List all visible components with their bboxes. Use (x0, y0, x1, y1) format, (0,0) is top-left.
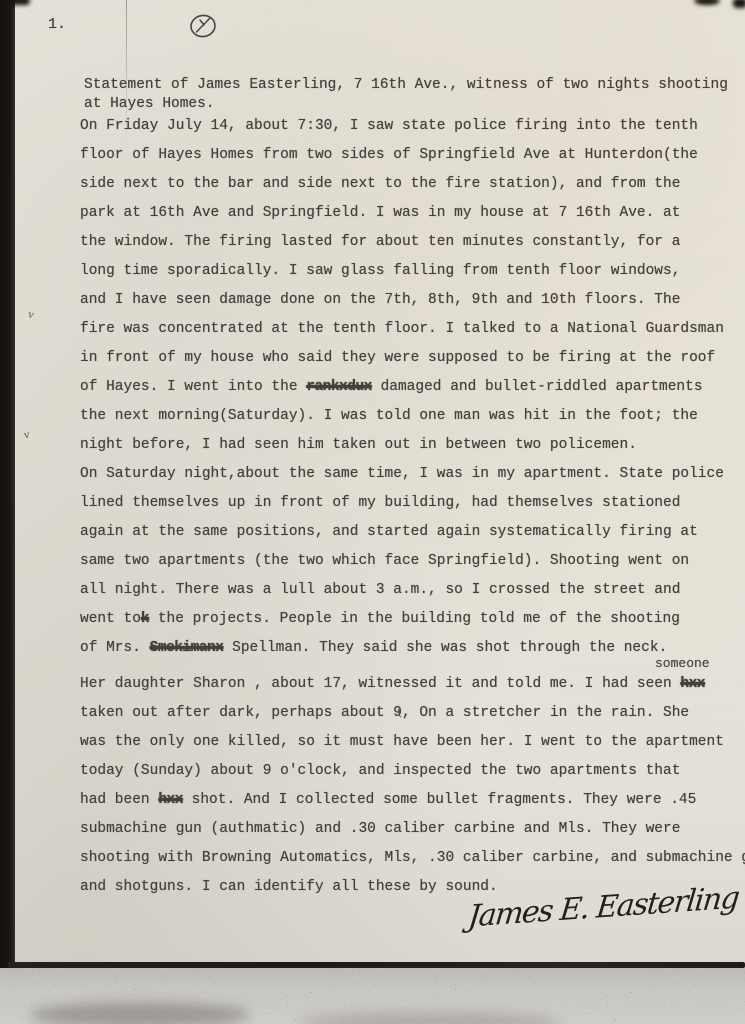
typed-line: Statement of James Easterling, 7 16th Av… (84, 76, 728, 95)
typed-line: lined themselves up in front of my build… (80, 489, 745, 518)
typed-line: of Mrs. Smekimanx Spellman. They said sh… (80, 634, 745, 663)
typed-line: side next to the bar and side next to th… (80, 170, 745, 199)
typed-line: submachine gun (authmatic) and .30 calib… (80, 815, 745, 844)
typed-line: in front of my house who said they were … (80, 344, 745, 373)
typed-line: was the only one killed, so it must have… (80, 728, 745, 757)
typed-line: the window. The firing lasted for about … (80, 228, 745, 257)
typed-line: Her daughter Sharon , about 17, witnesse… (80, 670, 745, 699)
typed-line: taken out after dark, perhaps about 9, O… (80, 699, 745, 728)
inserted-word: someone (655, 656, 710, 671)
struck-out-word: k (141, 611, 149, 627)
scan-smudge (0, 0, 30, 5)
typed-line: went tok the projects. People in the bui… (80, 605, 745, 634)
typed-line: fire was concentrated at the tenth floor… (80, 315, 745, 344)
struck-out-word: hxx (680, 676, 705, 692)
typed-line: On Saturday night,about the same time, I… (80, 460, 745, 489)
struck-out-word: rankxdux (306, 379, 372, 395)
scanned-document-page: 1. Statement of James Easterling, 7 16th… (0, 0, 745, 1024)
typed-line: same two apartments (the two which face … (80, 547, 745, 576)
typed-line: night before, I had seen him taken out i… (80, 431, 745, 460)
typed-line: again at the same positions, and started… (80, 518, 745, 547)
typed-line: shooting with Browning Automatics, Mls, … (80, 844, 745, 873)
typed-body: On Friday July 14, about 7:30, I saw sta… (80, 112, 745, 902)
struck-out-word: Smekimanx (150, 640, 224, 656)
scan-blotch (30, 1002, 250, 1024)
typed-line: of Hayes. I went into the rankxdux damag… (80, 373, 745, 402)
typed-line: had been hxx shot. And I collected some … (80, 786, 745, 815)
struck-out-word: hxx (158, 792, 183, 808)
typed-line: floor of Hayes Homes from two sides of S… (80, 141, 745, 170)
circled-pencil-mark-icon (188, 12, 218, 42)
statement-header: Statement of James Easterling, 7 16th Av… (84, 76, 728, 114)
scan-smudge (733, 0, 745, 8)
typed-line: park at 16th Ave and Springfield. I was … (80, 199, 745, 228)
scanner-edge-strip (0, 0, 15, 988)
page-number: 1. (48, 16, 66, 33)
typed-line: and I have seen damage done on the 7th, … (80, 286, 745, 315)
typed-line: On Friday July 14, about 7:30, I saw sta… (80, 112, 745, 141)
typed-line: the next morning(Saturday). I was told o… (80, 402, 745, 431)
typed-line: all night. There was a lull about 3 a.m.… (80, 576, 745, 605)
typed-line: today (Sunday) about 9 o'clock, and insp… (80, 757, 745, 786)
typed-line: long time sporadically. I saw glass fall… (80, 257, 745, 286)
margin-tick-mark: v (23, 430, 30, 442)
